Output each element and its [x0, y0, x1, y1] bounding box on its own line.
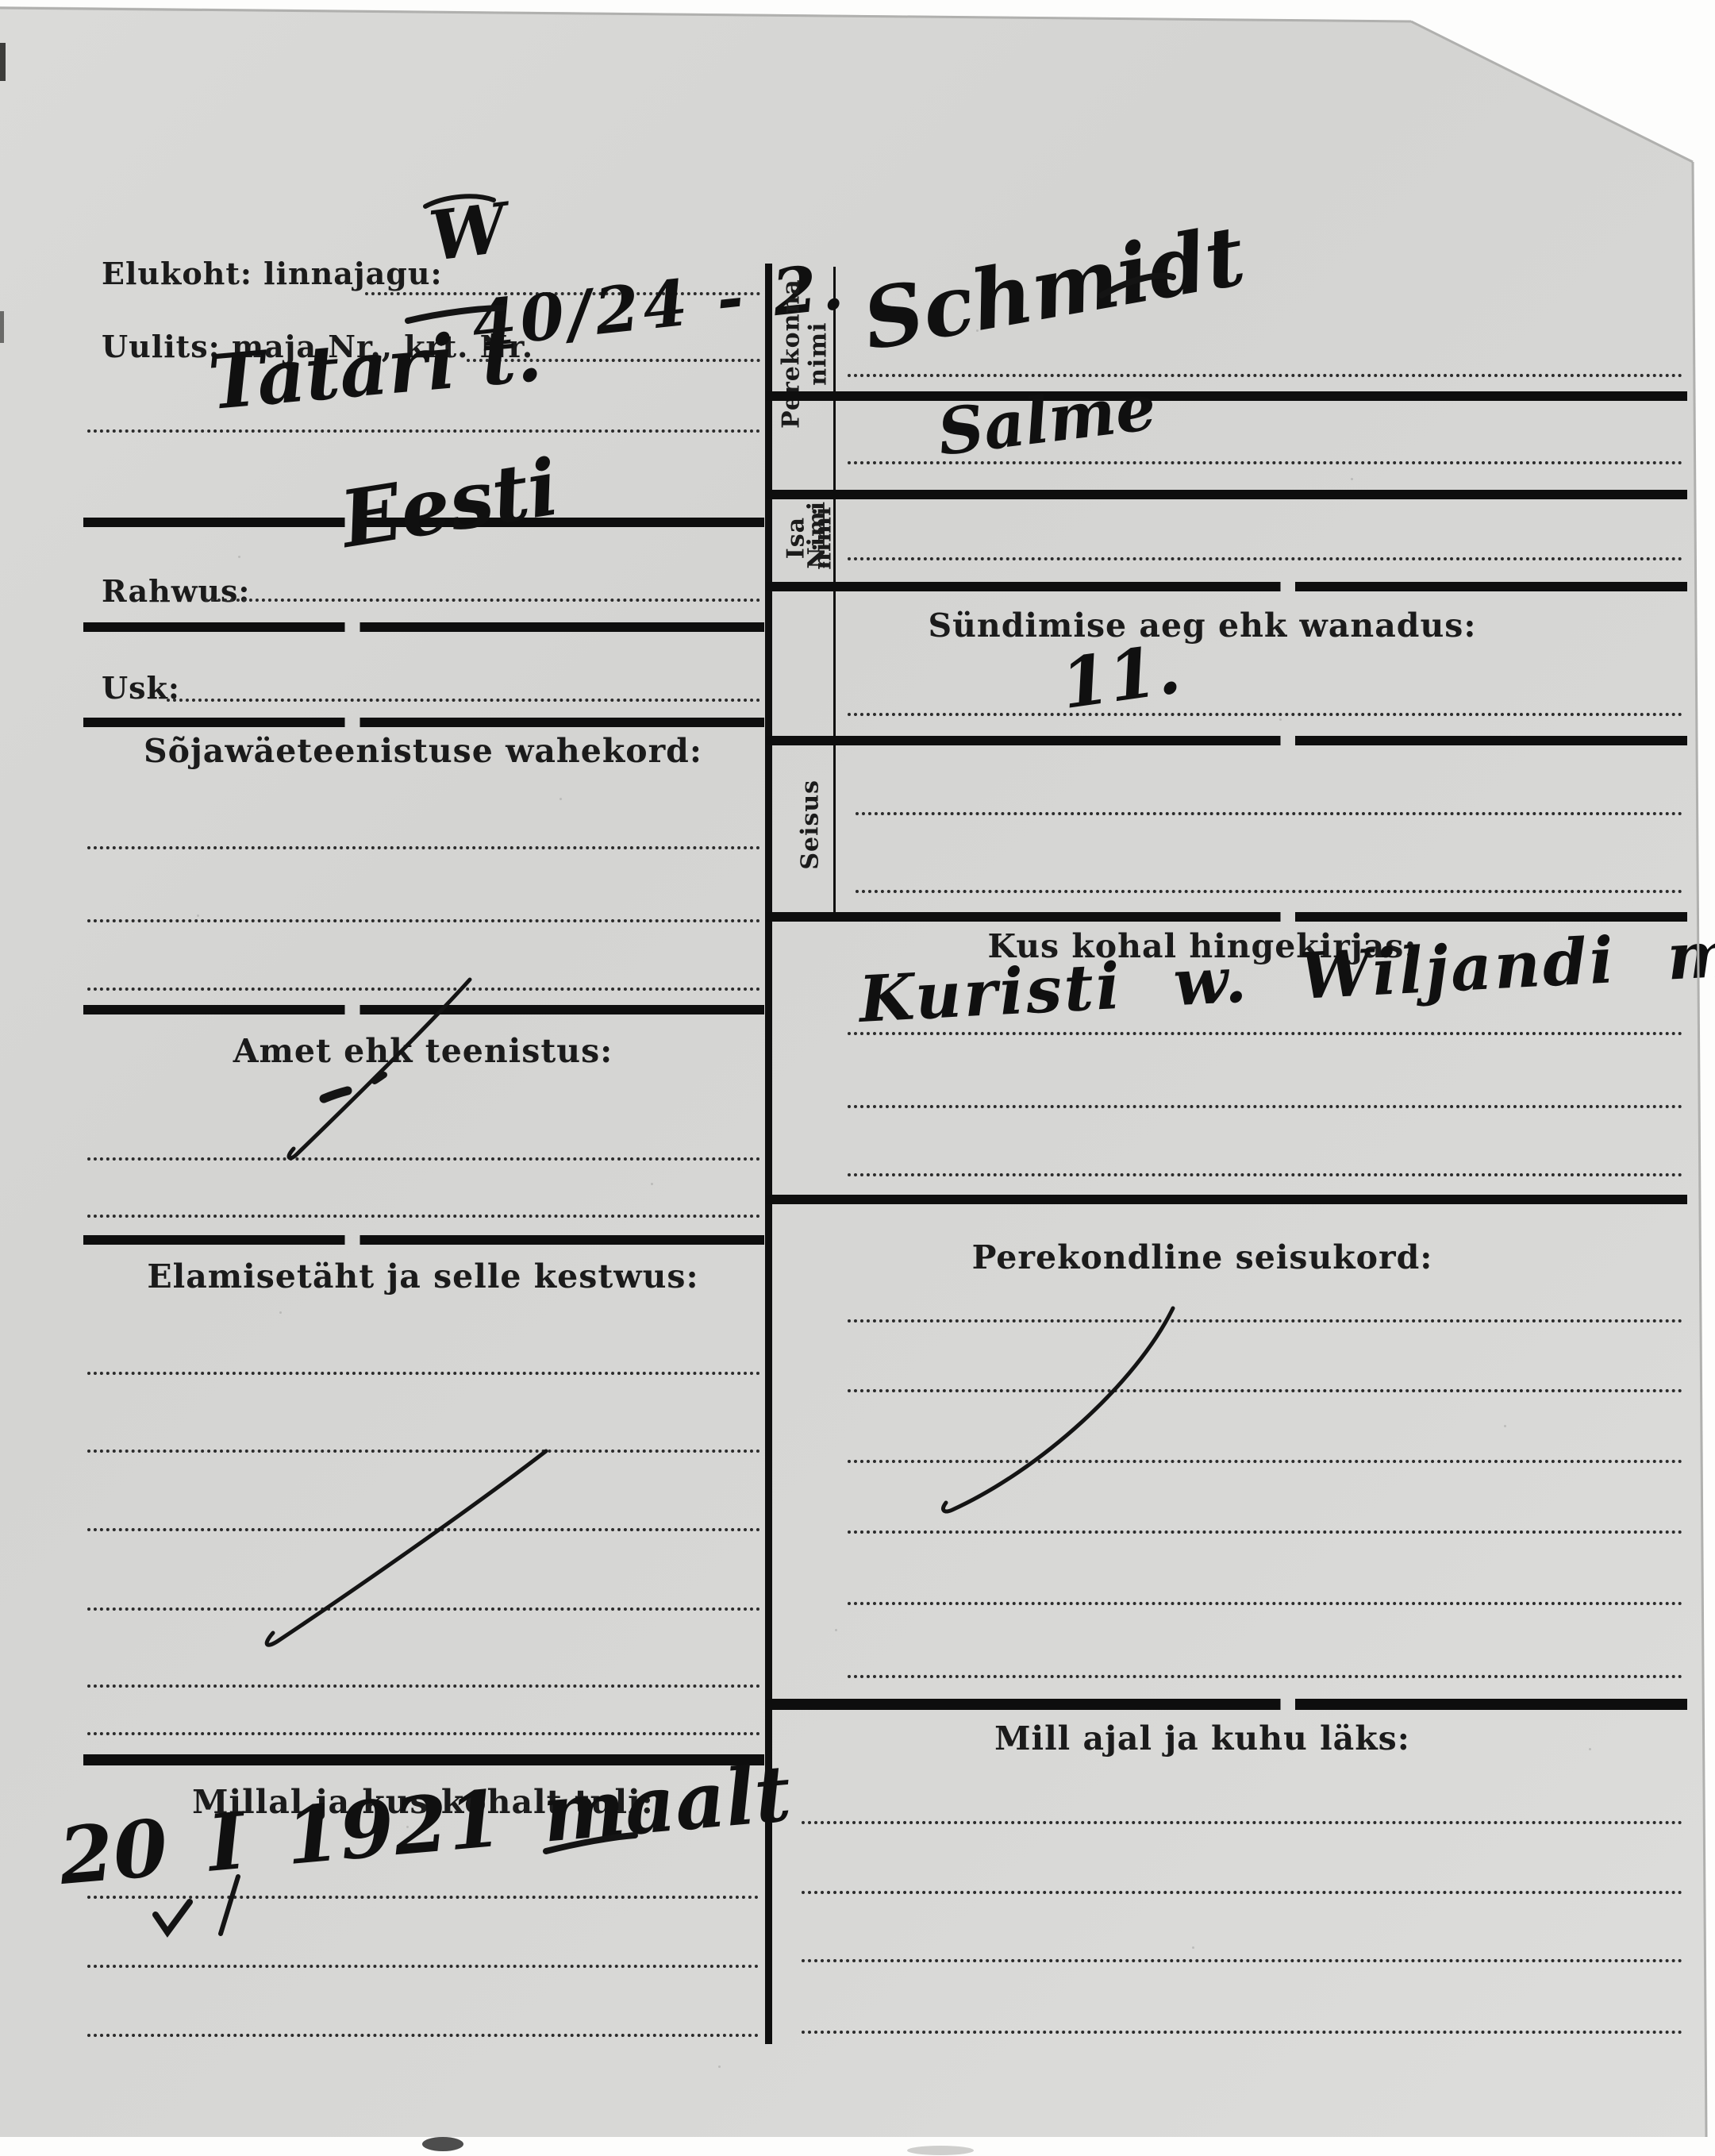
dotted-line [848, 374, 1682, 377]
nationality-label: Rahwus: [102, 573, 250, 609]
section-rule [83, 1235, 764, 1245]
dotted-line [848, 1319, 1682, 1322]
dotted-line [802, 1821, 1682, 1824]
dotted-line [87, 1157, 760, 1161]
paper-speck [718, 2066, 721, 2068]
military-service-heading: Sõjawäeteenistuse wahekord: [83, 732, 763, 770]
dotted-line [87, 1965, 759, 1968]
dotted-line [848, 713, 1682, 716]
occupation-heading: Amet ehk teenistus: [83, 1032, 763, 1070]
father-name-label: Isa nimi [783, 487, 836, 590]
section-rule [767, 490, 1687, 499]
dotted-line [848, 1675, 1682, 1678]
dotted-line [87, 429, 760, 433]
paper-speck [559, 798, 562, 800]
dotted-line [87, 2034, 759, 2037]
dotted-line [87, 846, 760, 849]
section-rule [767, 912, 1687, 922]
birth-heading: Sündimise aeg ehk wanadus: [845, 606, 1559, 645]
section-rule [83, 718, 764, 727]
dotted-line [848, 1602, 1682, 1605]
dotted-line [848, 1173, 1682, 1176]
family-status-heading: Perekondline seisukord: [845, 1238, 1559, 1276]
dotted-line [167, 699, 760, 702]
dotted-line [848, 1032, 1682, 1035]
status-label: Seisus [798, 755, 825, 894]
dotted-line [87, 988, 760, 991]
dotted-line [856, 890, 1682, 893]
paper-speck [1504, 1425, 1506, 1427]
section-rule [767, 736, 1687, 745]
dotted-line [87, 1215, 760, 1218]
arrival-value-handwriting: 20 I 1921 maalt [56, 1748, 794, 1903]
dotted-line [87, 1732, 760, 1735]
birth-value-handwriting: 11. [1056, 629, 1185, 725]
dotted-line [848, 1389, 1682, 1392]
paper-speck [279, 1311, 282, 1314]
section-rule [83, 622, 764, 632]
first-name-handwriting: Salme [934, 369, 1160, 470]
section-rule [767, 391, 1687, 401]
column-divider [765, 264, 772, 2044]
dotted-line [848, 1460, 1682, 1463]
dotted-line [87, 1450, 760, 1453]
dotted-line [87, 1528, 760, 1531]
section-rule [767, 1699, 1687, 1710]
family-name-handwriting: Schmidt [856, 206, 1252, 369]
dotted-line [87, 1607, 760, 1611]
paper-speck [835, 1629, 837, 1631]
section-rule [767, 1195, 1687, 1204]
paper-speck [651, 1183, 653, 1185]
dotted-line [848, 557, 1682, 560]
residence-permit-heading: Elamisetäht ja selle kestwus: [83, 1257, 763, 1296]
residence-value-handwriting: W [425, 188, 511, 277]
nationality-value-handwriting: Eesti [335, 441, 564, 566]
dotted-line [848, 1105, 1682, 1108]
registration-card-page: Elukoht: linnajagu: W Uulits: maja Nr., … [0, 0, 1715, 2156]
paper-speck [1351, 478, 1353, 480]
family-name-label: Perekonna nimi [778, 263, 831, 445]
dotted-line [87, 1684, 760, 1688]
dotted-line [848, 1530, 1682, 1534]
dotted-line [856, 812, 1682, 815]
dotted-line [802, 1891, 1682, 1894]
paper-speck [238, 556, 240, 558]
section-rule [767, 582, 1687, 591]
dotted-line [205, 599, 760, 602]
paper-speck [1192, 1946, 1194, 1949]
dotted-line [802, 2031, 1682, 2034]
dotted-line [87, 919, 760, 922]
dotted-line [802, 1959, 1682, 1962]
section-rule [83, 1005, 764, 1014]
form-content: Elukoht: linnajagu: W Uulits: maja Nr., … [0, 0, 1715, 2156]
residence-label: Elukoht: linnajagu: [102, 256, 443, 291]
paper-speck [197, 914, 199, 917]
dotted-line [87, 1372, 760, 1375]
departure-heading: Mill ajal ja kuhu läks: [845, 1719, 1559, 1758]
dotted-line [87, 1896, 759, 1899]
paper-speck [1589, 1748, 1591, 1750]
paper-speck [1279, 718, 1282, 721]
